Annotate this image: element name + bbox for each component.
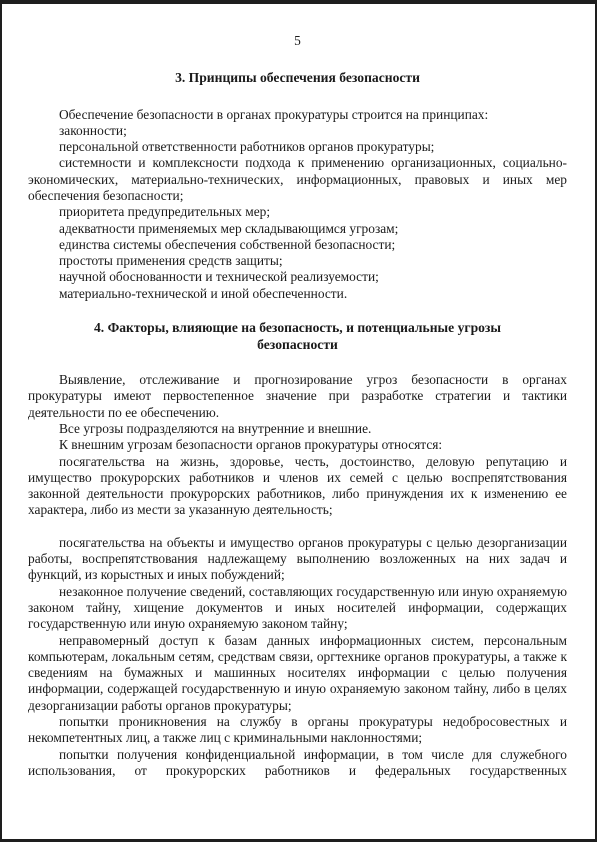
list-item: законности;: [28, 123, 567, 139]
list-item: незаконное получение сведений, составляю…: [28, 584, 567, 633]
list-item: попытки проникновения на службу в органы…: [28, 714, 567, 747]
list-item: адекватности применяемых мер складывающи…: [28, 221, 567, 237]
list-item: персональной ответственности работников …: [28, 139, 567, 155]
list-item: материально-технической и иной обеспечен…: [28, 286, 567, 302]
page-content: 5 3. Принципы обеспечения безопасности О…: [2, 34, 595, 779]
document-page: 5 3. Принципы обеспечения безопасности О…: [0, 0, 597, 842]
section-3-heading: 3. Принципы обеспечения безопасности: [28, 70, 567, 87]
list-item: посягательства на жизнь, здоровье, честь…: [28, 454, 567, 519]
list-item: неправомерный доступ к базам данных инфо…: [28, 633, 567, 714]
list-item: научной обоснованности и технической реа…: [28, 269, 567, 285]
list-item: посягательства на объекты и имущество ор…: [28, 535, 567, 584]
paragraph: Все угрозы подразделяются на внутренние …: [28, 421, 567, 437]
list-item: единства системы обеспечения собственной…: [28, 237, 567, 253]
paragraph: Выявление, отслеживание и прогнозировани…: [28, 372, 567, 421]
paragraph: Обеспечение безопасности в органах проку…: [28, 107, 567, 123]
list-item: простоты применения средств защиты;: [28, 253, 567, 269]
section-4-heading: 4. Факторы, влияющие на безопасность, и …: [63, 320, 533, 353]
list-item: приоритета предупредительных мер;: [28, 204, 567, 220]
list-item: попытки получения конфиденциальной инфор…: [28, 747, 567, 780]
list-item: системности и комплексности подхода к пр…: [28, 155, 567, 204]
page-number: 5: [28, 34, 567, 48]
paragraph: К внешним угрозам безопасности органов п…: [28, 437, 567, 453]
